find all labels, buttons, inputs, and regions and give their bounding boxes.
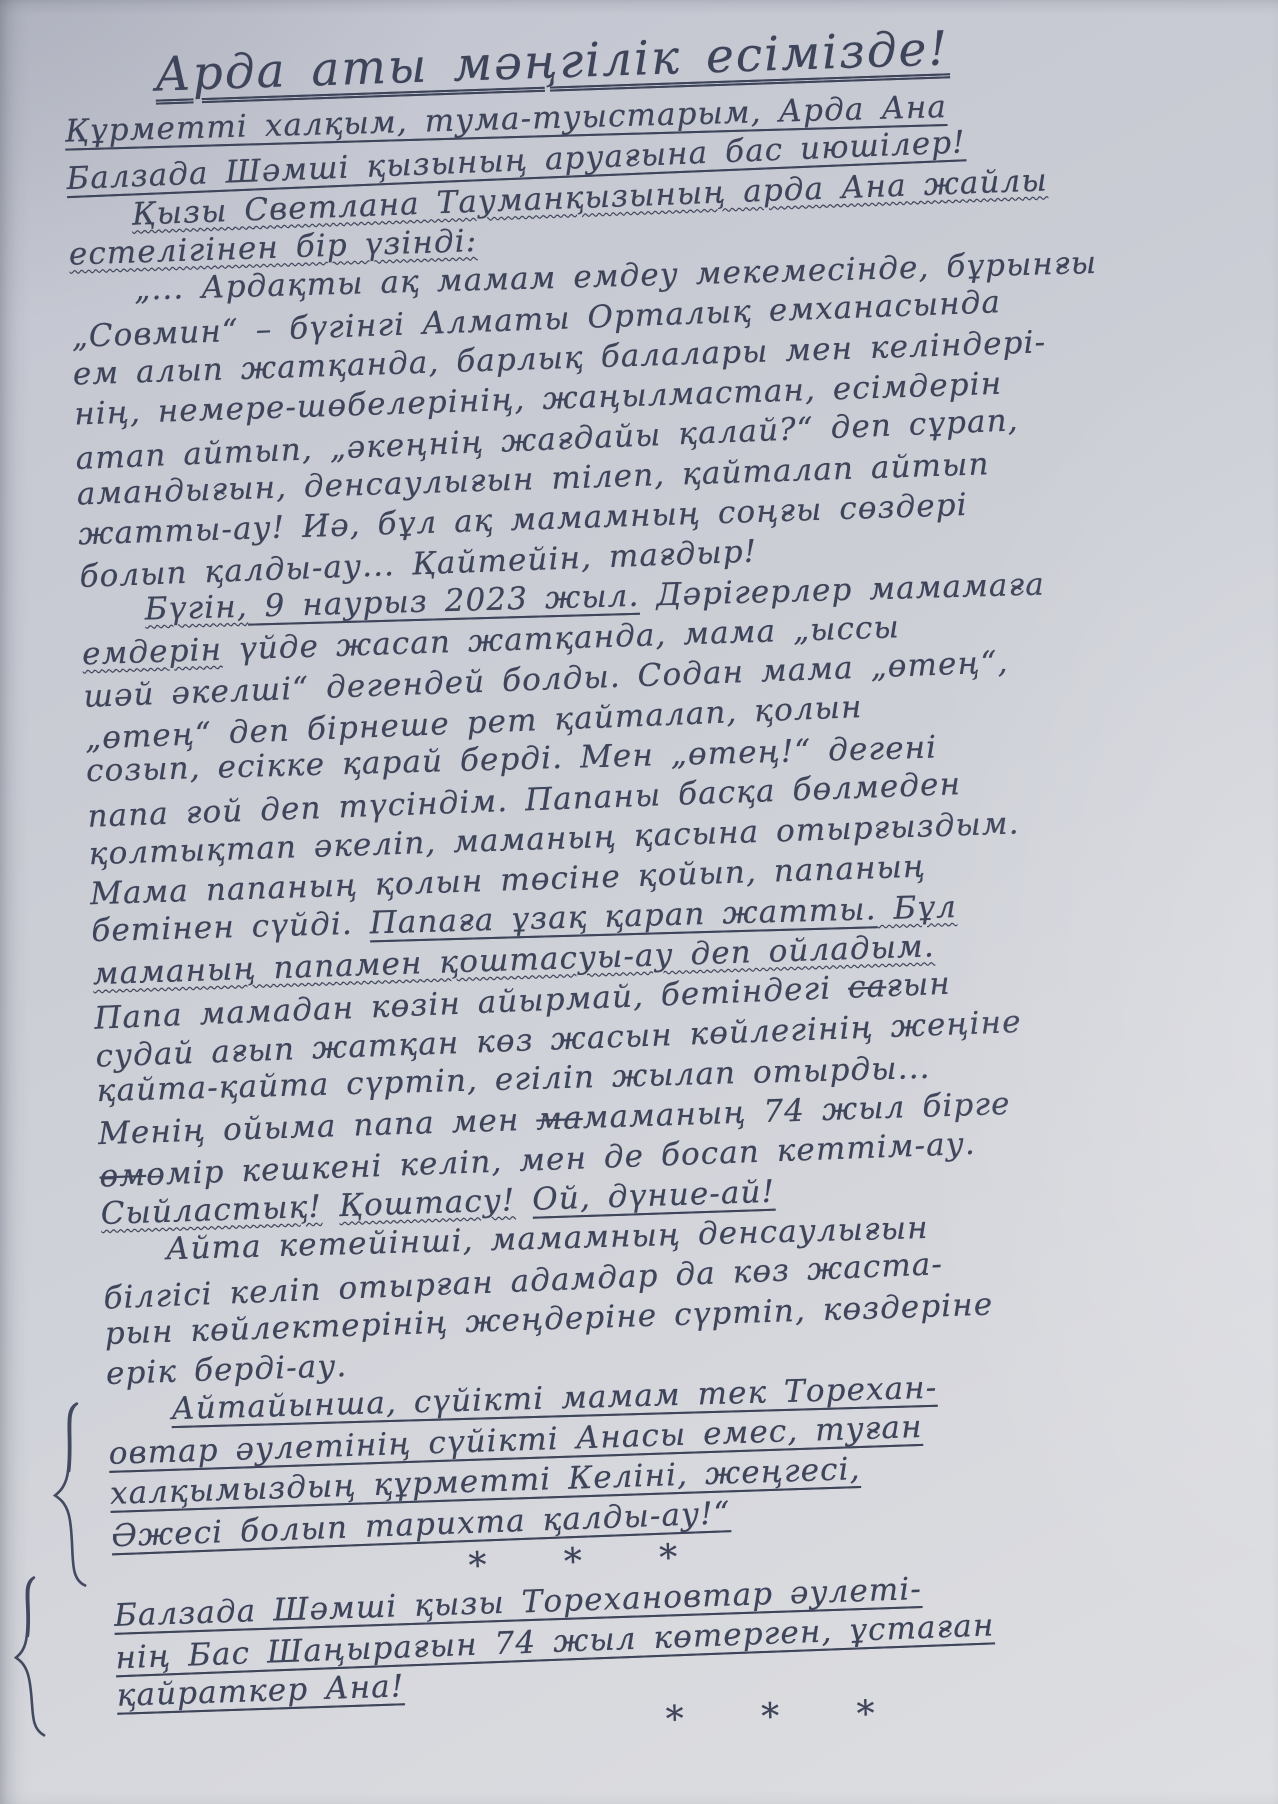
struck-text-segment: са — [847, 968, 886, 1006]
text-segment: Қоштасу! — [338, 1182, 516, 1224]
text-segment: Бұл — [876, 889, 957, 927]
text-segment: ғын — [885, 966, 951, 1005]
text-segment: емдерін — [82, 632, 223, 673]
text-segment: Ой, дүние-ай! — [532, 1174, 776, 1218]
handwritten-body: Құрметті халқым, тума-туыстарым, Арда Ан… — [64, 76, 1278, 1758]
text-segment: бетінен сүйді. — [91, 905, 370, 949]
photographed-handwritten-page: Арда аты мәңгілік есімізде! Құрметті хал… — [0, 0, 1278, 1804]
margin-brace-icon — [49, 1399, 90, 1590]
text-segment — [321, 1188, 339, 1225]
page-content: Арда аты мәңгілік есімізде! Құрметті хал… — [0, 0, 1278, 1761]
text-segment — [515, 1182, 533, 1219]
struck-text-segment: ма — [536, 1100, 584, 1138]
struck-text-segment: өм — [99, 1157, 147, 1195]
text-segment: Бүгін, — [144, 589, 248, 628]
